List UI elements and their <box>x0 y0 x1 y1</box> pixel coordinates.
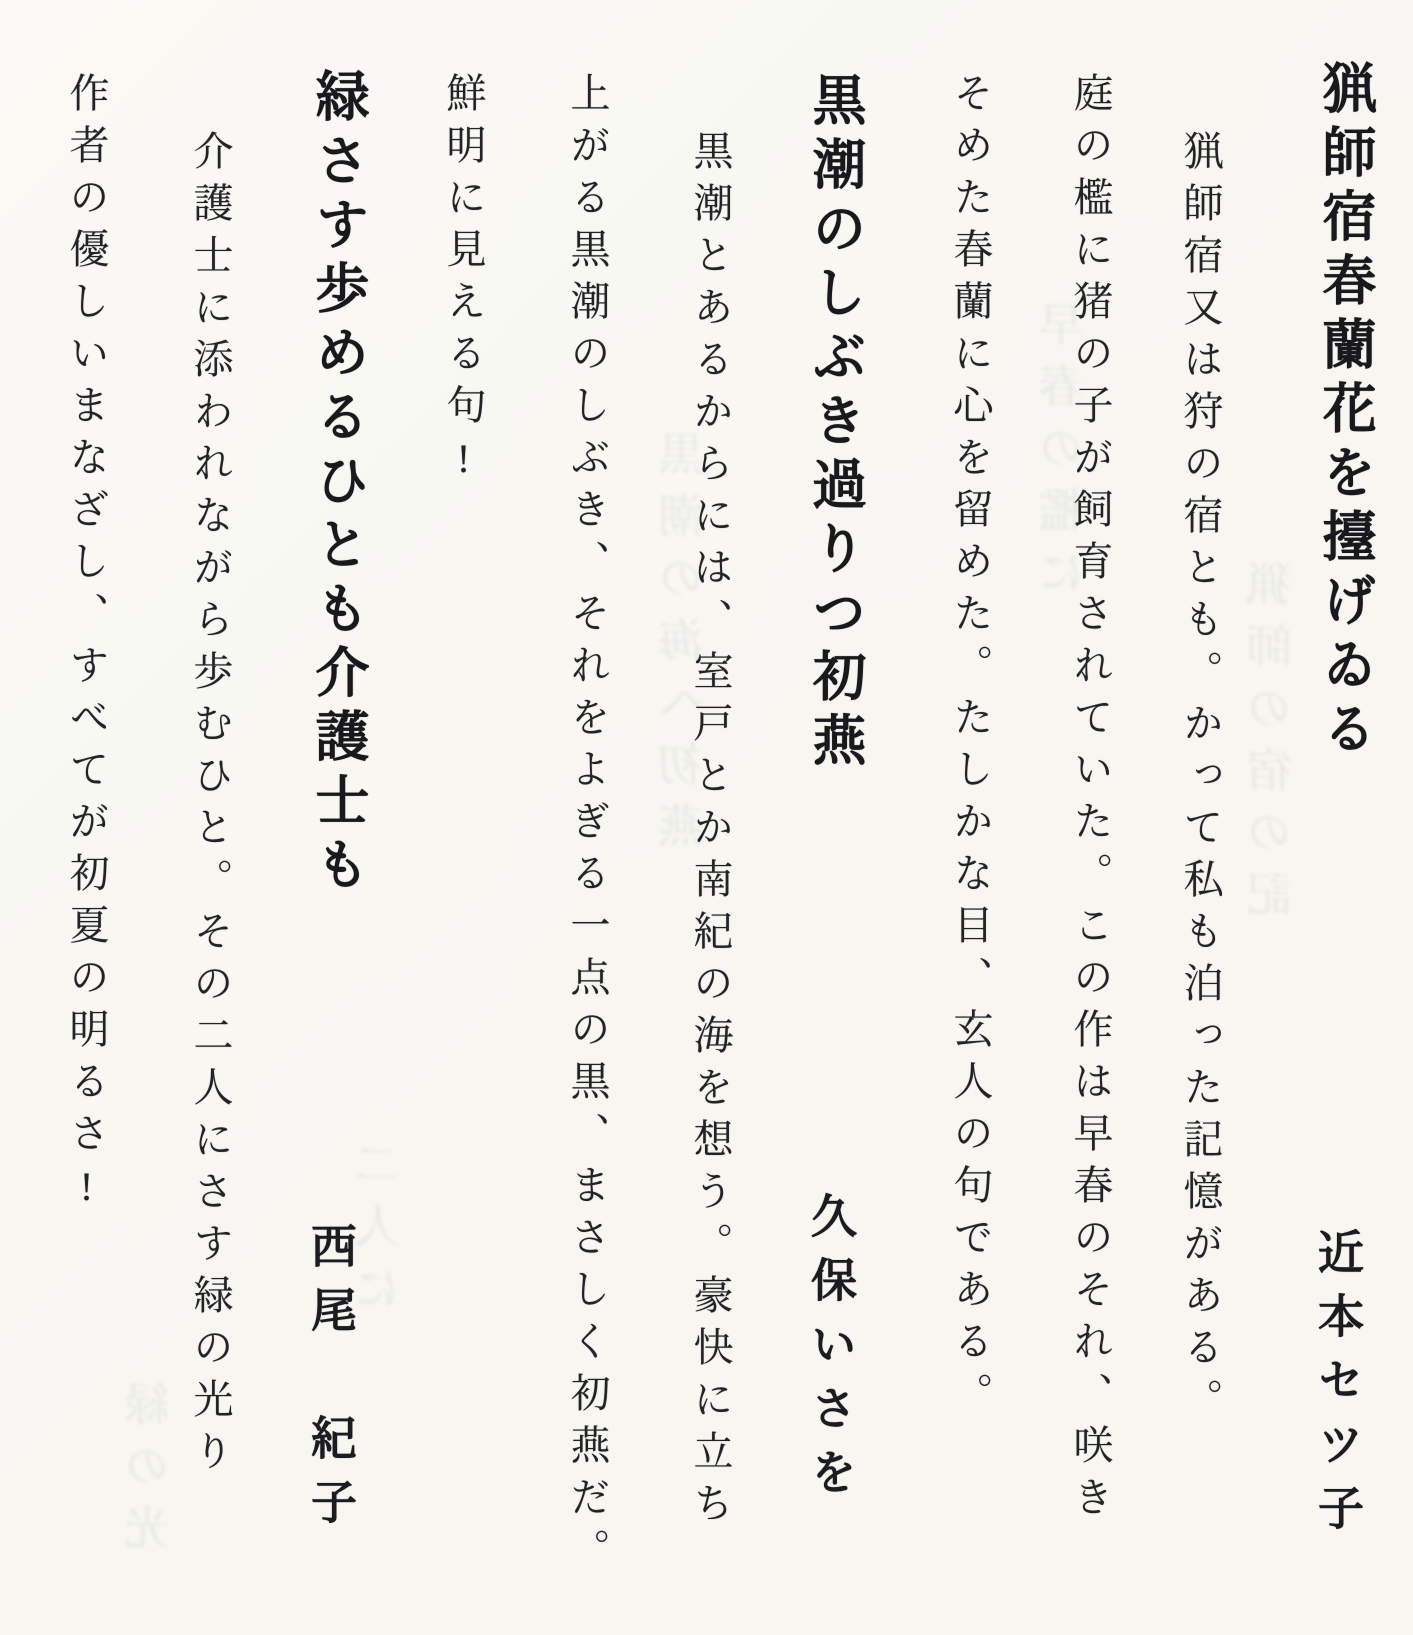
haiku-2-commentary-line-1: 黒潮とあるからには、室戸とか南紀の海を想う。豪快に立ち <box>690 130 730 1534</box>
haiku-3-commentary-line-2: 作者の優しいまなざし、すべてが初夏の明るさ! <box>66 72 106 1221</box>
scanned-document-page: 猟師の宿の記 早春の檻に 黒潮の海へ初燕 二人に 緑の光 猟師宿春蘭花を擡げゐる… <box>0 0 1413 1635</box>
haiku-1-commentary-line-1: 猟師宿又は狩の宿とも。かって私も泊った記憶がある。 <box>1180 130 1220 1430</box>
haiku-1-commentary-line-2: 庭の檻に猪の子が飼育されていた。この作は早春のそれ、咲き <box>1070 72 1110 1528</box>
bleedthrough-ghost-text: 二人に <box>358 1140 404 1326</box>
haiku-1-text: 猟師宿春蘭花を擡げゐる <box>1318 60 1372 764</box>
haiku-2-commentary-line-2: 上がる黒潮のしぶき、それをよぎる一点の黒、まさしく初燕だ。 <box>567 72 607 1580</box>
haiku-3-text: 緑さす歩めるひとも介護士も <box>311 68 365 900</box>
haiku-1-author: 近本セツ子 <box>1314 1228 1360 1548</box>
haiku-1-commentary-line-3: そめた春蘭に心を留めた。たしかな目、玄人の句である。 <box>950 72 990 1424</box>
haiku-3-commentary-line-1: 介護士に添われながら歩むひと。その二人にさす緑の光り <box>190 130 230 1482</box>
haiku-3-author: 西尾 紀子 <box>307 1222 353 1542</box>
bleedthrough-ghost-text: 猟師の宿の記 <box>1250 560 1296 932</box>
haiku-2-commentary-line-3: 鮮明に見える句! <box>443 72 483 493</box>
haiku-2-text: 黒潮のしぶき過りつ初燕 <box>808 72 862 776</box>
haiku-2-author: 久保いさを <box>807 1192 853 1512</box>
bleedthrough-ghost-text: 緑の光 <box>128 1380 174 1566</box>
